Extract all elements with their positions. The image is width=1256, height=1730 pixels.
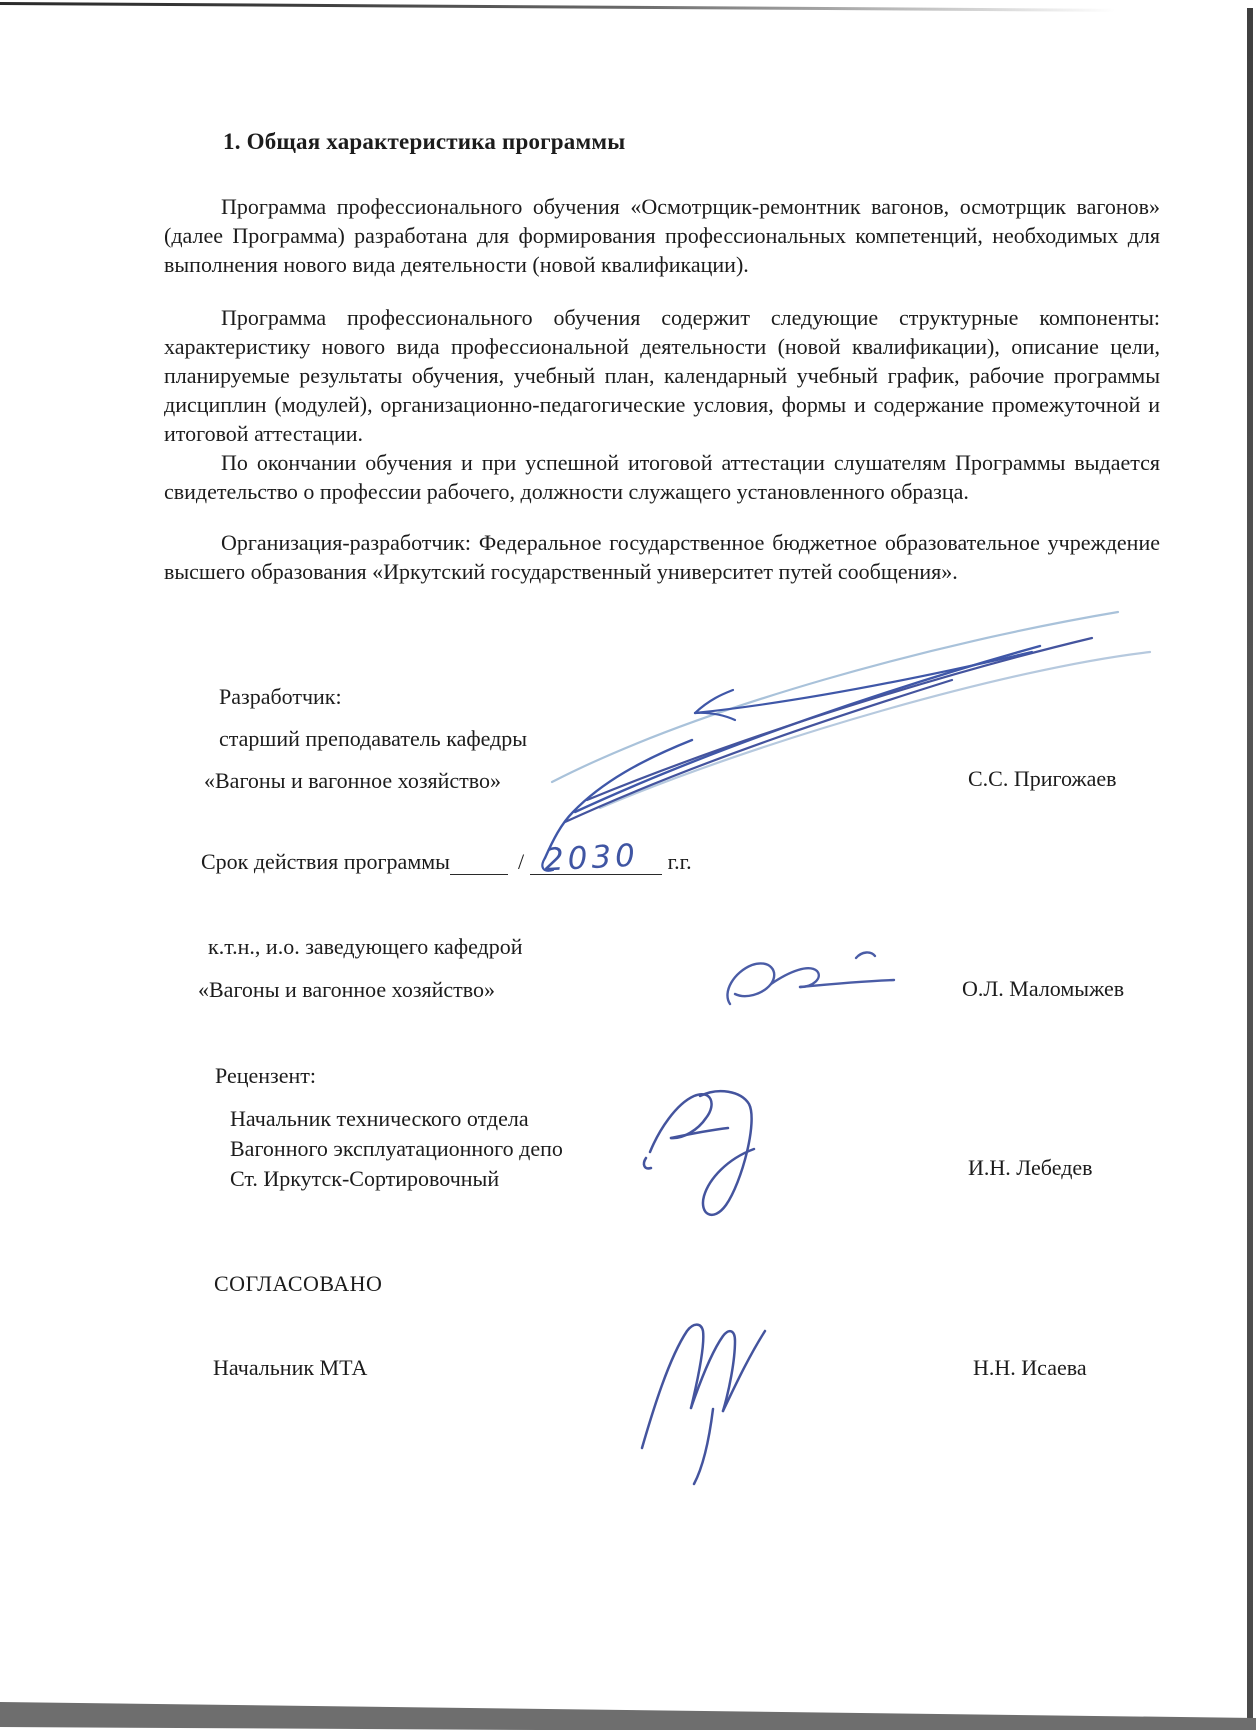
head-name: О.Л. Маломыжев xyxy=(962,976,1124,1002)
paragraph-text: По окончании обучения и при успешной ито… xyxy=(164,448,1160,506)
handwritten-year: 2030 xyxy=(543,838,640,879)
approval-name: Н.Н. Исаева xyxy=(973,1355,1087,1381)
paragraph-intro: Программа профессионального обучения «Ос… xyxy=(164,192,1160,279)
developer-label: Разработчик: xyxy=(219,684,342,710)
head-position-line1: к.т.н., и.о. заведующего кафедрой xyxy=(208,934,523,960)
signature-isaeva-ink xyxy=(642,1325,765,1484)
signature-malomyzhev-ink xyxy=(727,952,894,1004)
developer-name: С.С. Пригожаев xyxy=(968,766,1117,792)
reviewer-label: Рецензент: xyxy=(215,1063,316,1089)
reviewer-position-line3: Ст. Иркутск-Сортировочный xyxy=(230,1164,563,1194)
scan-artifact-right-bar xyxy=(1247,8,1253,1730)
signature-lebedev-ink xyxy=(644,1091,754,1215)
validity-blank-to: 2030 xyxy=(530,852,662,875)
approval-label: СОГЛАСОВАНО xyxy=(214,1271,382,1297)
reviewer-position-line1: Начальник технического отдела xyxy=(230,1104,563,1134)
validity-line: Срок действия программы/2030 г.г. xyxy=(201,849,692,875)
head-position-line2: «Вагоны и вагонное хозяйство» xyxy=(198,977,495,1003)
document-page: 1. Общая характеристика программы Програ… xyxy=(0,0,1256,1730)
approval-position: Начальник МТА xyxy=(213,1355,367,1381)
paragraph-components: Программа профессионального обучения сод… xyxy=(164,303,1160,506)
paragraph-text: Программа профессионального обучения «Ос… xyxy=(164,192,1160,279)
page-title: 1. Общая характеристика программы xyxy=(223,129,625,155)
reviewer-position-line2: Вагонного эксплуатационного депо xyxy=(230,1134,563,1164)
reviewer-name: И.Н. Лебедев xyxy=(968,1155,1093,1181)
paragraph-text: Организация-разработчик: Федеральное гос… xyxy=(164,528,1160,586)
paragraph-text: Программа профессионального обучения сод… xyxy=(164,303,1160,448)
scan-artifact-top-line xyxy=(0,2,1150,12)
paragraph-organization: Организация-разработчик: Федеральное гос… xyxy=(164,528,1160,586)
developer-position-line2: «Вагоны и вагонное хозяйство» xyxy=(204,768,501,794)
reviewer-position: Начальник технического отдела Вагонного … xyxy=(230,1104,563,1194)
validity-suffix-text: г.г. xyxy=(668,849,692,874)
validity-label: Срок действия программы xyxy=(201,849,450,874)
validity-blank-from xyxy=(450,852,508,875)
validity-separator: / xyxy=(508,849,530,874)
developer-position-line1: старший преподаватель кафедры xyxy=(219,726,527,752)
signature-prigozhaev-ink xyxy=(542,612,1150,871)
